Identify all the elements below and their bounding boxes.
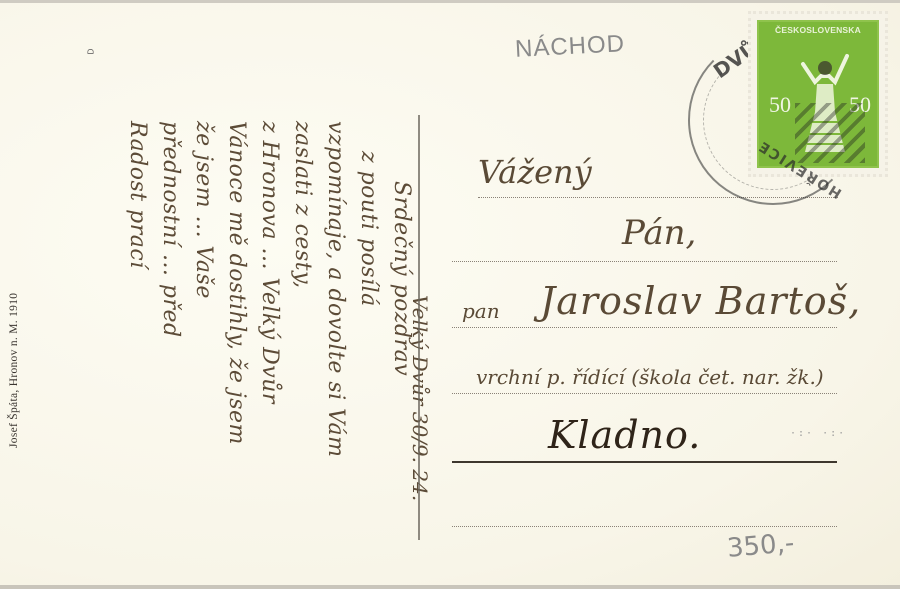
message-line: Vánoce mě dostihly, že jsem [220,121,253,587]
publisher-credit: Josef Špáta, Hronov n. M. 1910 [8,293,20,448]
address-rule-6 [452,526,837,527]
message-line: z Hronova ... Velký Dvůr [253,121,286,587]
pencil-town-note: NÁCHOD [514,30,625,64]
center-divider [418,115,420,540]
postcard: Josef Špáta, Hronov n. M. 1910 D Srdečný… [0,3,900,587]
address-title: Pán, [622,213,696,253]
message-line: vzpomínaje, a dovolte si Vám [319,121,352,587]
address-salutation: Vážený [478,153,592,191]
pencil-price-note: 350,- [726,528,796,564]
message-line: z pouti posílá [352,121,385,587]
stamp-country-label: ČESKOSLOVENSKA [759,25,877,35]
address-occupation: vrchní p. řídící (škola čet. nar. žk.) [476,365,824,389]
message-line: přednostní ... před [154,121,187,587]
message-line: že jsem ... Vaše [187,121,220,587]
faint-stain-marks: ·:· ·:· [790,428,846,439]
message-line: zaslati z cesty, [286,121,319,587]
address-rule-5 [452,461,837,463]
handwritten-message: Srdečný pozdrav z pouti posílá vzpomínaj… [121,121,418,587]
address-rule-3 [452,327,837,328]
cancellation-bars [795,103,865,163]
message-date: Velký Dvůr 30/9. 24. [408,295,432,501]
address-name-prefix: pan [462,299,500,323]
address-name: Jaroslav Bartoš, [540,279,861,323]
address-city: Kladno. [548,413,701,457]
stamp-value-left: 50 [769,92,791,118]
scan-bottom-edge [0,585,900,589]
address-rule-4 [452,393,837,394]
printed-mark: D [86,49,95,55]
address-rule-2 [452,261,837,262]
message-line: Radost prací [121,121,154,587]
